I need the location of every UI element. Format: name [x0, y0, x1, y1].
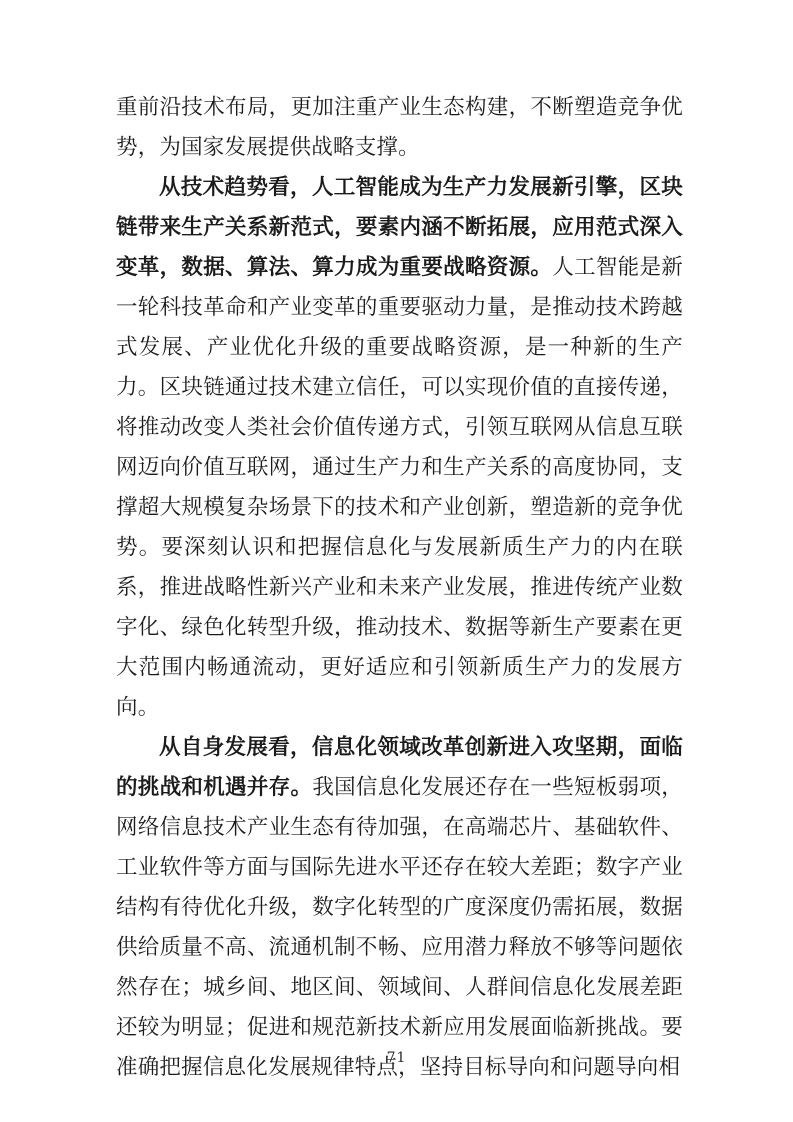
paragraph-tech-trend: 从技术趋势看，人工智能成为生产力发展新引擎，区块链带来生产关系新范式，要素内涵不…: [116, 168, 683, 728]
document-body: 重前沿技术布局，更加注重产业生态构建，不断塑造竞争优势，为国家发展提供战略支撑。…: [116, 88, 683, 1088]
paragraph-self-development: 从自身发展看，信息化领域改革创新进入攻坚期，面临的挑战和机遇并存。我国信息化发展…: [116, 728, 683, 1088]
document-page: 重前沿技术布局，更加注重产业生态构建，不断塑造竞争优势，为国家发展提供战略支撑。…: [0, 0, 793, 1122]
page-number: 71: [0, 1050, 793, 1066]
paragraph-text: 人工智能是新一轮科技革命和产业变革的重要驱动力量，是推动技术跨越式发展、产业优化…: [116, 255, 683, 720]
paragraph-continuation: 重前沿技术布局，更加注重产业生态构建，不断塑造竞争优势，为国家发展提供战略支撑。: [116, 88, 683, 168]
paragraph-text: 我国信息化发展还存在一些短板弱项，网络信息技术产业生态有待加强，在高端芯片、基础…: [116, 775, 683, 1080]
paragraph-text: 重前沿技术布局，更加注重产业生态构建，不断塑造竞争优势，为国家发展提供战略支撑。: [116, 95, 683, 160]
